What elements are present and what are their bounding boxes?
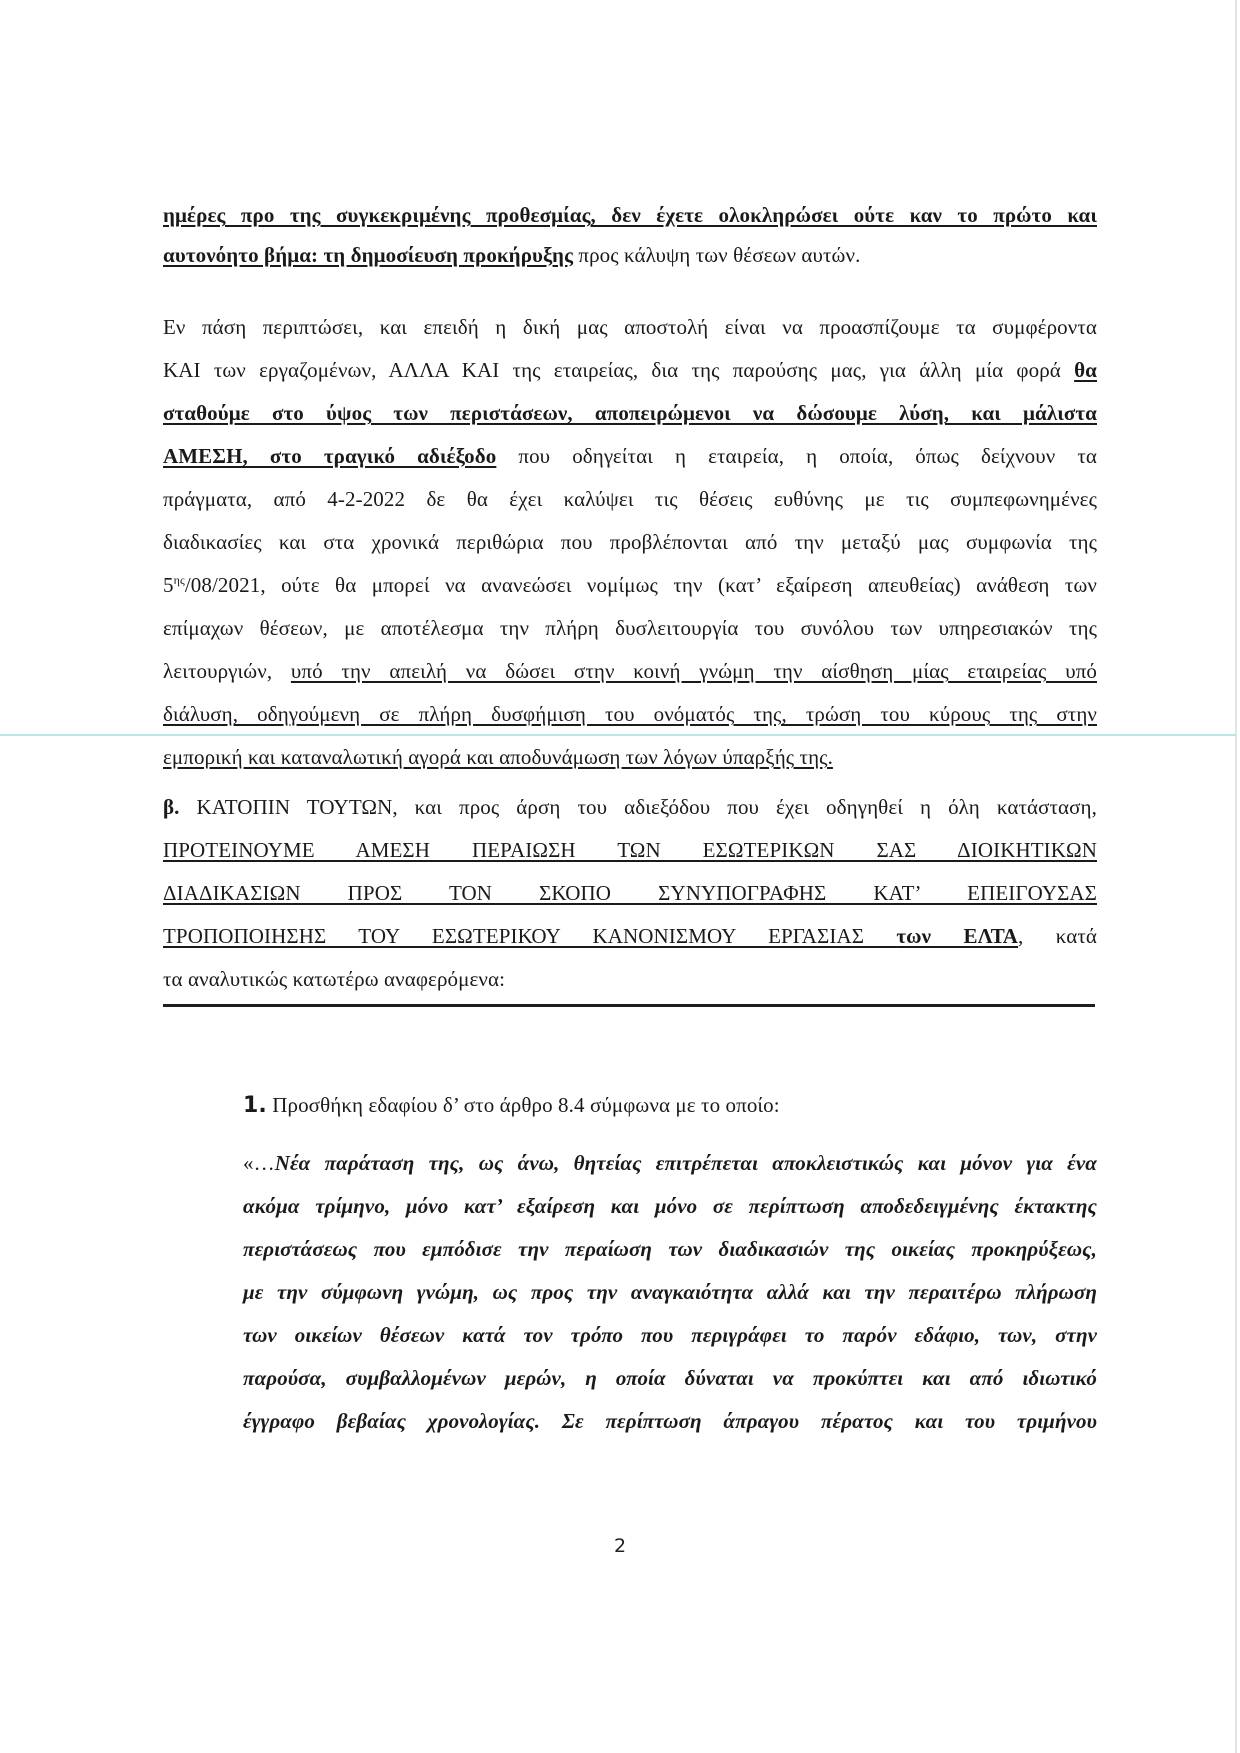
text-line: Εν πάση περιπτώσει, και επειδή η δική μα… bbox=[163, 312, 1097, 342]
text-line: παρούσα, συμβαλλομένων μερών, η οποία δύ… bbox=[243, 1363, 1097, 1393]
section-divider bbox=[163, 1004, 1095, 1007]
body-text: επίμαχων θέσεων, με αποτέλεσμα την πλήρη… bbox=[163, 616, 1097, 640]
text-line: εμπορική και καταναλωτική αγορά και αποδ… bbox=[163, 742, 1097, 772]
body-text: Εν πάση περιπτώσει, και επειδή η δική μα… bbox=[163, 315, 1097, 339]
body-text: προς κάλυψη των θέσεων αυτών. bbox=[573, 243, 860, 267]
body-text: τα αναλυτικώς κατωτέρω αναφερόμενα: bbox=[163, 967, 505, 991]
text-line: «…Νέα παράταση της, ως άνω, θητείας επιτ… bbox=[243, 1148, 1097, 1178]
quoted-text: περιστάσεως που εμπόδισε την περαίωση τω… bbox=[243, 1237, 1097, 1261]
quoted-text: έγγραφο βεβαίας χρονολογίας. Σε περίπτωσ… bbox=[243, 1409, 1097, 1433]
text-line: ΑΜΕΣΗ, στο τραγικό αδιέξοδο που οδηγείτα… bbox=[163, 441, 1097, 471]
scan-page-edge bbox=[1235, 0, 1237, 1753]
text-line: αυτονόητο βήμα: τη δημοσίευση προκήρυξης… bbox=[163, 240, 1097, 270]
body-text: που οδηγείται η εταιρεία, η οποία, όπως … bbox=[496, 444, 1097, 468]
quote-open: «… bbox=[243, 1151, 275, 1175]
text-line: σταθούμε στο ύψος των περιστάσεων, αποπε… bbox=[163, 398, 1097, 428]
underlined-text: διάλυση, οδηγούμενη σε πλήρη δυσφήμιση τ… bbox=[163, 702, 1097, 726]
underlined-text: ΠΡΟΤΕΙΝΟΥΜΕ ΑΜΕΣΗ ΠΕΡΑΙΩΣΗ ΤΩΝ ΕΣΩΤΕΡΙΚΩ… bbox=[163, 838, 1097, 862]
text-line: ΤΡΟΠΟΠΟΙΗΣΗΣ ΤΟΥ ΕΣΩΤΕΡΙΚΟΥ ΚΑΝΟΝΙΣΜΟΥ Ε… bbox=[163, 921, 1097, 951]
quoted-text: των οικείων θέσεων κατά τον τρόπο που πε… bbox=[243, 1323, 1097, 1347]
text-line: τα αναλυτικώς κατωτέρω αναφερόμενα: bbox=[163, 964, 1097, 994]
ordinal-suffix: ης bbox=[174, 573, 185, 587]
text-line: β. ΚΑΤΟΠΙΝ ΤΟΥΤΩΝ, και προς άρση του αδι… bbox=[163, 792, 1097, 822]
underlined-text: εμπορική και καταναλωτική αγορά και αποδ… bbox=[163, 745, 833, 769]
text-line: ΚΑΙ των εργαζομένων, ΑΛΛΑ ΚΑΙ της εταιρε… bbox=[163, 355, 1097, 385]
text-line: έγγραφο βεβαίας χρονολογίας. Σε περίπτωσ… bbox=[243, 1406, 1097, 1436]
body-text: 5 bbox=[163, 573, 174, 597]
emphasized-text: ημέρες προ της συγκεκριμένης προθεσμίας,… bbox=[163, 203, 1097, 227]
body-text: πράγματα, από 4-2-2022 δε θα έχει καλύψε… bbox=[163, 487, 1097, 511]
section-marker: β. bbox=[163, 795, 180, 819]
body-text: ΚΑΙ των εργαζομένων, ΑΛΛΑ ΚΑΙ της εταιρε… bbox=[163, 358, 1074, 382]
text-line: πράγματα, από 4-2-2022 δε θα έχει καλύψε… bbox=[163, 484, 1097, 514]
underlined-text: ΔΙΑΔΙΚΑΣΙΩΝ ΠΡΟΣ ΤΟΝ ΣΚΟΠΟ ΣΥΝΥΠΟΓΡΑΦΗΣ … bbox=[163, 881, 1097, 905]
text-line: με την σύμφωνη γνώμη, ως προς την αναγκα… bbox=[243, 1277, 1097, 1307]
body-text: /08/2021, ούτε θα μπορεί να ανανεώσει νο… bbox=[185, 573, 1097, 597]
text-line: ακόμα τρίμηνο, μόνο κατ’ εξαίρεση και μό… bbox=[243, 1191, 1097, 1221]
quoted-text: με την σύμφωνη γνώμη, ως προς την αναγκα… bbox=[243, 1280, 1097, 1304]
text-line: των οικείων θέσεων κατά τον τρόπο που πε… bbox=[243, 1320, 1097, 1350]
text-line: ΠΡΟΤΕΙΝΟΥΜΕ ΑΜΕΣΗ ΠΕΡΑΙΩΣΗ ΤΩΝ ΕΣΩΤΕΡΙΚΩ… bbox=[163, 835, 1097, 865]
text-line: ημέρες προ της συγκεκριμένης προθεσμίας,… bbox=[163, 200, 1097, 230]
underlined-text: υπό την απειλή να δώσει στην κοινή γνώμη… bbox=[291, 659, 1097, 683]
quoted-text: παρούσα, συμβαλλομένων μερών, η οποία δύ… bbox=[243, 1366, 1097, 1390]
body-text: Προσθήκη εδαφίου δ’ στο άρθρο 8.4 σύμφων… bbox=[267, 1093, 780, 1117]
text-line: διαδικασίες και στα χρονικά περιθώρια πο… bbox=[163, 527, 1097, 557]
emphasized-text: σταθούμε στο ύψος των περιστάσεων, αποπε… bbox=[163, 401, 1097, 425]
text-line: λειτουργιών, υπό την απειλή να δώσει στη… bbox=[163, 656, 1097, 686]
underlined-text: ΤΡΟΠΟΠΟΙΗΣΗΣ ΤΟΥ ΕΣΩΤΕΡΙΚΟΥ ΚΑΝΟΝΙΣΜΟΥ Ε… bbox=[163, 924, 896, 948]
emphasized-text: θα bbox=[1074, 358, 1097, 382]
emphasized-text: αυτονόητο βήμα: τη δημοσίευση προκήρυξης bbox=[163, 243, 573, 267]
emphasized-text: ΑΜΕΣΗ, στο τραγικό αδιέξοδο bbox=[163, 444, 496, 468]
page-number: 2 bbox=[0, 1535, 1240, 1557]
quoted-text: Νέα παράταση της, ως άνω, θητείας επιτρέ… bbox=[275, 1151, 1097, 1175]
item-number: 1. bbox=[243, 1093, 267, 1118]
item-heading: 1. Προσθήκη εδαφίου δ’ στο άρθρο 8.4 σύμ… bbox=[243, 1090, 1097, 1121]
text-line: περιστάσεως που εμπόδισε την περαίωση τω… bbox=[243, 1234, 1097, 1264]
text-line: επίμαχων θέσεων, με αποτέλεσμα την πλήρη… bbox=[163, 613, 1097, 643]
text-line: 5ης/08/2021, ούτε θα μπορεί να ανανεώσει… bbox=[163, 570, 1097, 600]
body-text: διαδικασίες και στα χρονικά περιθώρια πο… bbox=[163, 530, 1097, 554]
emphasized-text: των ΕΛΤΑ bbox=[896, 924, 1018, 948]
text-line: διάλυση, οδηγούμενη σε πλήρη δυσφήμιση τ… bbox=[163, 699, 1097, 729]
quoted-text: ακόμα τρίμηνο, μόνο κατ’ εξαίρεση και μό… bbox=[243, 1194, 1097, 1218]
text-line: ΔΙΑΔΙΚΑΣΙΩΝ ΠΡΟΣ ΤΟΝ ΣΚΟΠΟ ΣΥΝΥΠΟΓΡΑΦΗΣ … bbox=[163, 878, 1097, 908]
body-text: λειτουργιών, bbox=[163, 659, 291, 683]
body-text: , κατά bbox=[1018, 924, 1097, 948]
scan-artifact-line bbox=[0, 734, 1236, 736]
body-text: ΚΑΤΟΠΙΝ ΤΟΥΤΩΝ, και προς άρση του αδιεξό… bbox=[180, 795, 1097, 819]
